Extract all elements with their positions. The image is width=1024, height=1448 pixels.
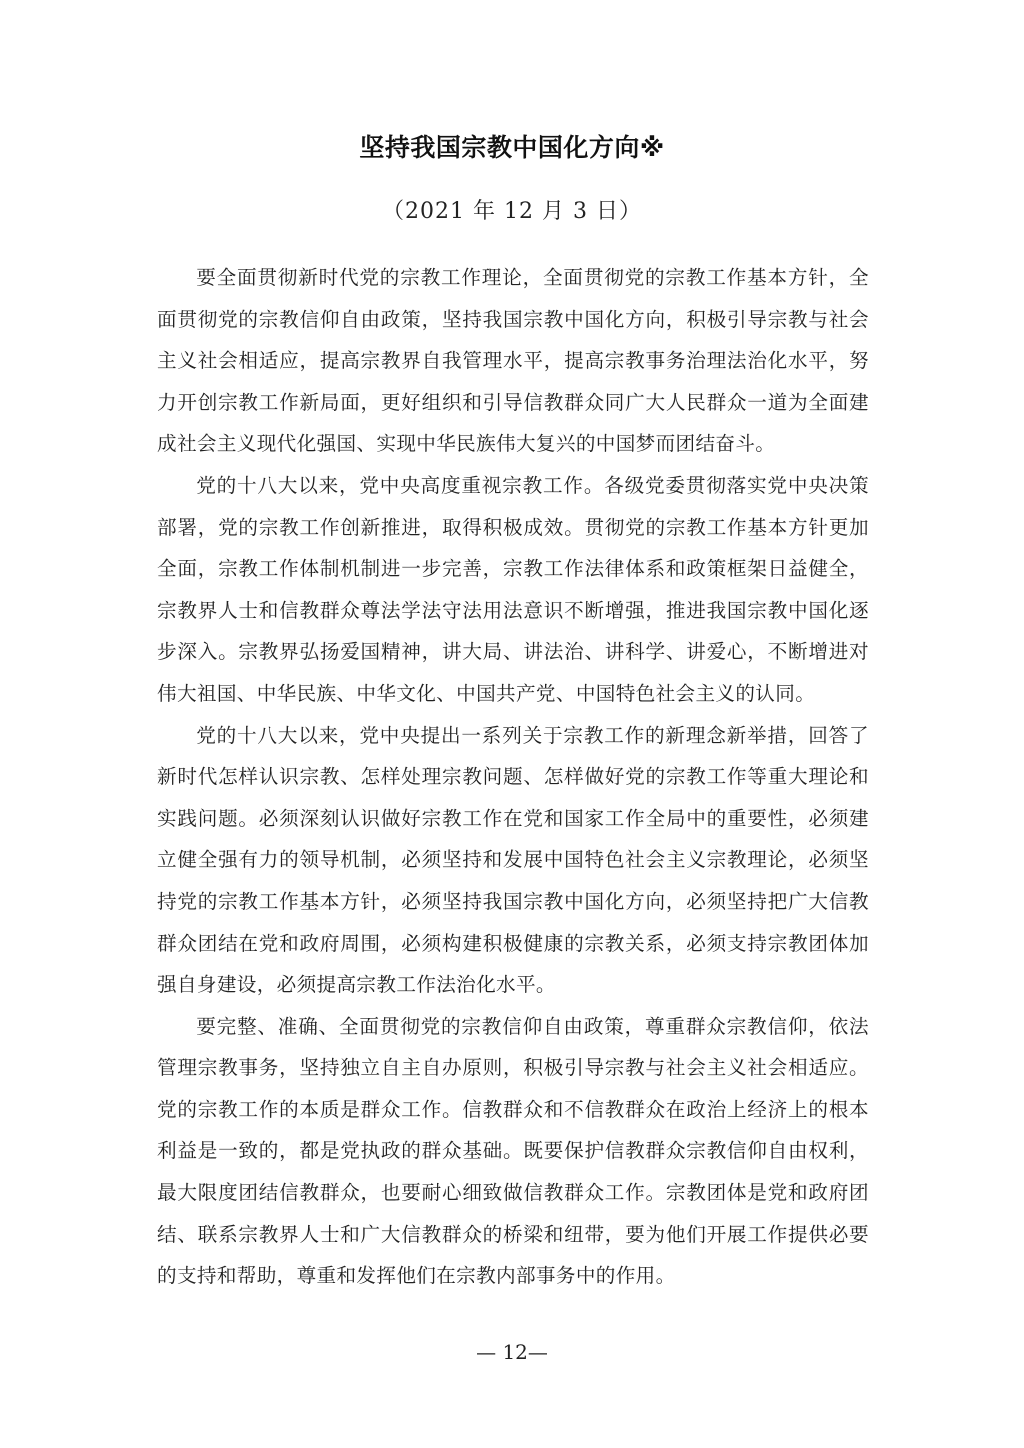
paragraph: 党的十八大以来，党中央高度重视宗教工作。各级党委贯彻落实党中央决策部署，党的宗教… [157,465,869,715]
paragraph: 要完整、准确、全面贯彻党的宗教信仰自由政策，尊重群众宗教信仰，依法管理宗教事务，… [157,1006,869,1297]
document-body: 要全面贯彻新时代党的宗教工作理论，全面贯彻党的宗教工作基本方针，全面贯彻党的宗教… [157,257,869,1297]
paragraph: 党的十八大以来，党中央提出一系列关于宗教工作的新理念新举措，回答了新时代怎样认识… [157,715,869,1006]
page-number: — 12— [0,1340,1024,1364]
paragraph: 要全面贯彻新时代党的宗教工作理论，全面贯彻党的宗教工作基本方针，全面贯彻党的宗教… [157,257,869,465]
document-date: （2021 年 12 月 3 日） [0,194,1024,225]
document-title: 坚持我国宗教中国化方向※ [0,128,1024,164]
document-page: 坚持我国宗教中国化方向※ （2021 年 12 月 3 日） 要全面贯彻新时代党… [0,0,1024,1448]
